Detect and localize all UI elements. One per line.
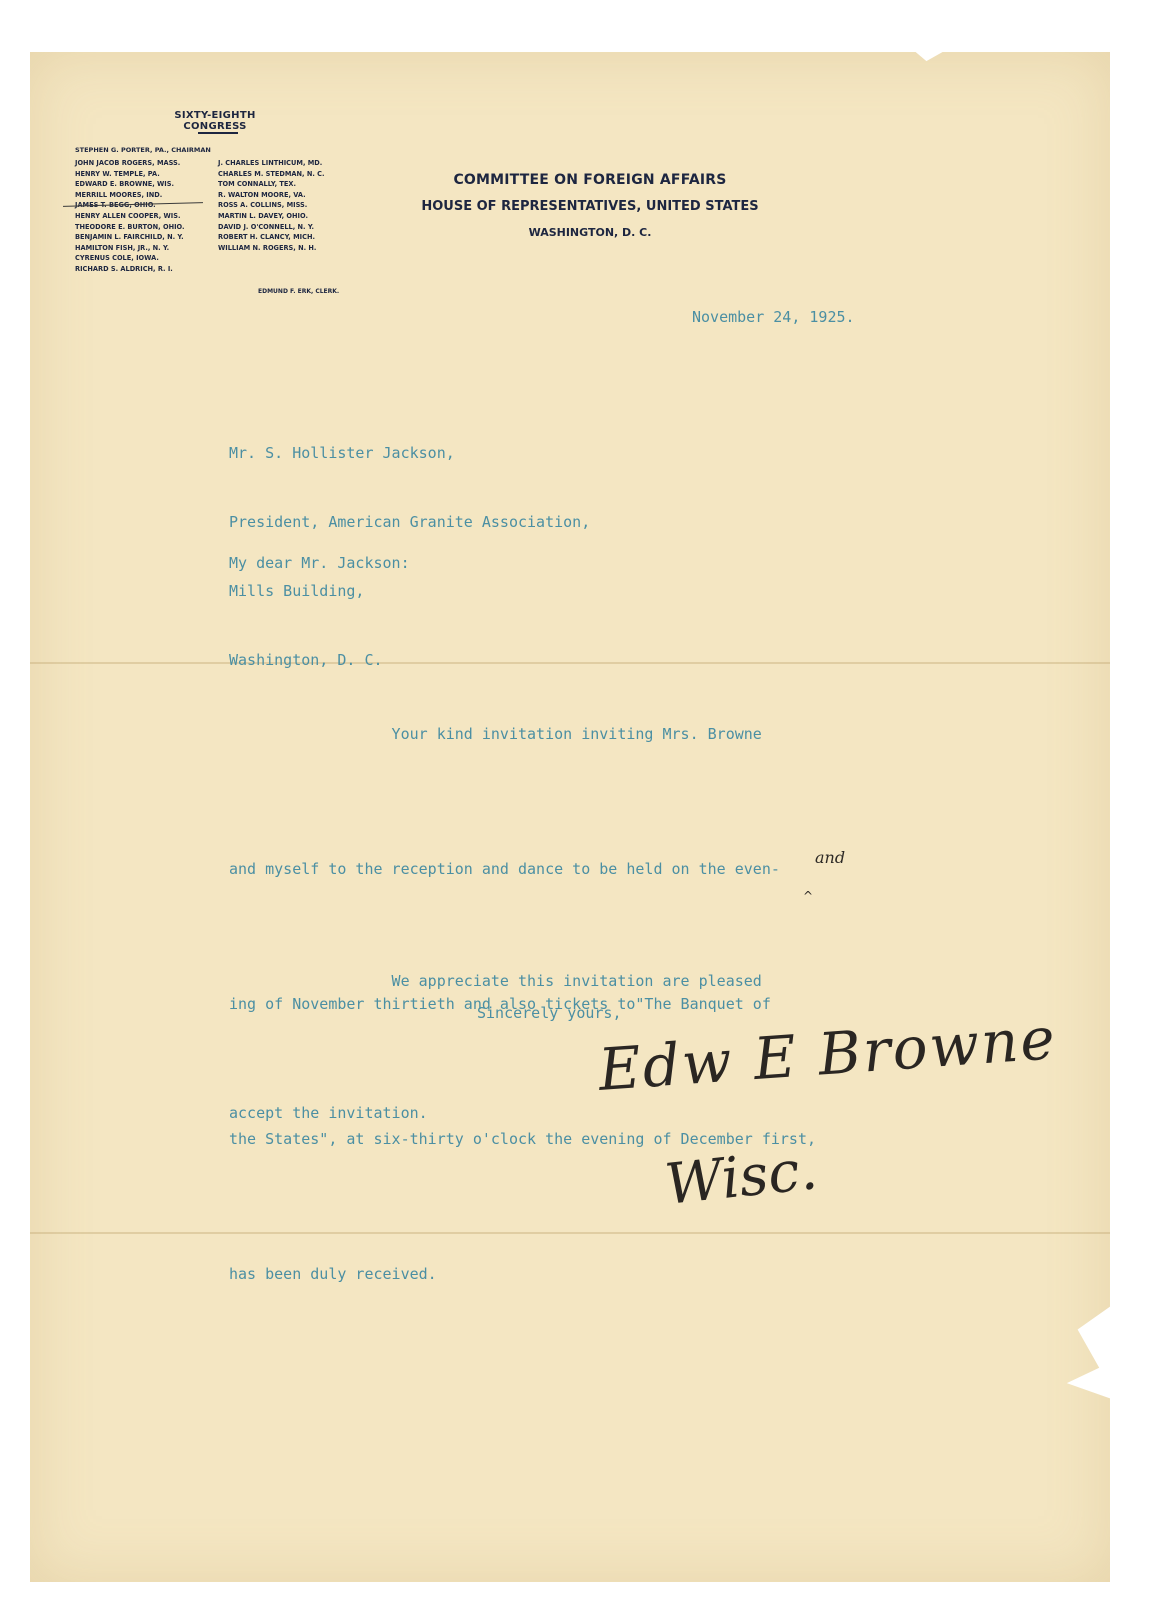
member: HENRY ALLEN COOPER, WIS.: [75, 211, 185, 222]
member: WILLIAM N. ROGERS, N. H.: [218, 243, 325, 254]
salutation: My dear Mr. Jackson:: [229, 554, 410, 572]
member: ROBERT H. CLANCY, MICH.: [218, 232, 325, 243]
member: MERRILL MOORES, IND.: [75, 190, 185, 201]
caret-mark: ^: [803, 889, 813, 903]
body-line: We appreciate this invitation are please…: [229, 959, 762, 1003]
member: CHARLES M. STEDMAN, N. C.: [218, 169, 325, 180]
letter-date: November 24, 1925.: [692, 308, 855, 326]
member: CYRENUS COLE, IOWA.: [75, 253, 185, 264]
member: RICHARD S. ALDRICH, R. I.: [75, 264, 185, 275]
body-line: Your kind invitation inviting Mrs. Brown…: [229, 712, 816, 757]
member: HAMILTON FISH, JR., N. Y.: [75, 243, 185, 254]
member: HENRY W. TEMPLE, PA.: [75, 169, 185, 180]
city: WASHINGTON, D. C.: [380, 226, 800, 239]
member: JOHN JACOB ROGERS, MASS.: [75, 158, 185, 169]
member: EDWARD E. BROWNE, WIS.: [75, 179, 185, 190]
clerk: EDMUND F. ERK, CLERK.: [258, 288, 339, 295]
committee-header: COMMITTEE ON FOREIGN AFFAIRS HOUSE OF RE…: [380, 172, 800, 239]
member: TOM CONNALLY, TEX.: [218, 179, 325, 190]
members-column-2: J. CHARLES LINTHICUM, MD. CHARLES M. STE…: [218, 158, 325, 253]
body-line: has been duly received.: [229, 1252, 816, 1297]
member: BENJAMIN L. FAIRCHILD, N. Y.: [75, 232, 185, 243]
member: J. CHARLES LINTHICUM, MD.: [218, 158, 325, 169]
member: MARTIN L. DAVEY, OHIO.: [218, 211, 325, 222]
congress-title: SIXTY-EIGHTH CONGRESS: [145, 110, 285, 132]
closing: Sincerely yours,: [477, 1004, 622, 1022]
house-name: HOUSE OF REPRESENTATIVES, UNITED STATES: [380, 199, 800, 214]
address-line: Mr. S. Hollister Jackson,: [229, 442, 590, 465]
divider: [198, 132, 238, 134]
member: ROSS A. COLLINS, MISS.: [218, 200, 325, 211]
committee-name: COMMITTEE ON FOREIGN AFFAIRS: [380, 172, 800, 188]
members-column-1: JOHN JACOB ROGERS, MASS. HENRY W. TEMPLE…: [75, 158, 185, 275]
member: THEODORE E. BURTON, OHIO.: [75, 222, 185, 233]
address-line: President, American Granite Association,: [229, 511, 590, 534]
handwritten-insert: and: [815, 848, 845, 867]
address-line: Mills Building,: [229, 580, 590, 603]
member: DAVID J. O'CONNELL, N. Y.: [218, 222, 325, 233]
member: R. WALTON MOORE, VA.: [218, 190, 325, 201]
chairman: STEPHEN G. PORTER, PA., CHAIRMAN: [75, 146, 211, 154]
body-paragraph-2: We appreciate this invitation are please…: [229, 871, 762, 1179]
